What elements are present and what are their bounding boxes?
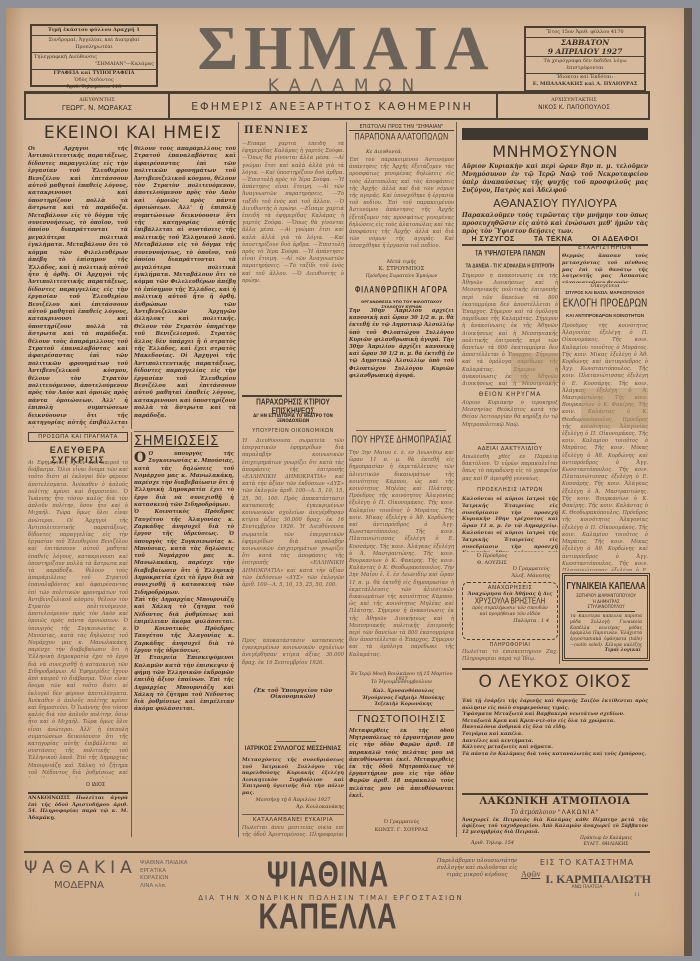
subheadline-eklogi: ΚΑΙ ΑΝΤΙΠΡΟΕΔΡΩΝ ΚΟΙΝΟΤΗΤΩΝ xyxy=(562,313,648,318)
issue-day: ΣΑΒΒΑΤΟΝ xyxy=(526,38,644,47)
paragraph: Τὴν 3ην Μαΐου ἐ. ἔ. ἐν Λεωνιδίῳ καὶ ὥραν… xyxy=(349,450,454,492)
list-item: Ὑφάσματα Μεταξωτὰ καὶ Βαμβακερὰ νεωτάτων… xyxy=(462,711,648,718)
paragraph: θέλουν τοὺς ἀπαράμιλλους τοῦ Στρατοῦ ἐπα… xyxy=(28,568,128,624)
issue-date: 9 ΑΠΡΙΛΙΟΥ 1927 xyxy=(526,47,644,57)
list-item: Τσιγάρια καὶ καπέλα. xyxy=(462,731,648,738)
article-eklogi: Πρόεδρος τῆς κοινότητος Ἀλαγονίας ἐξελέγ… xyxy=(562,323,648,571)
signer: Η ΣΥΖΥΓΟΣ xyxy=(472,236,515,243)
paragraph: Αἱ Ἐφημερίδες ἔχουν ἀπὸ καιροῦ τὸ διάβασ… xyxy=(28,460,128,524)
paragraph: Τὴν 30ὴν Ἀπριλίου ἀρχίζει κανονικὴ καὶ ὥ… xyxy=(349,337,454,379)
paragraph: Καλοῦνται οἱ κύριοι ἰατροὶ τῆς Ἰατρικῆς … xyxy=(462,496,558,529)
section-header: ΠΡΟΣΩΠΑ ΚΑΙ ΠΡΑΓΜΑΤΑ xyxy=(29,433,127,441)
paragraph: —Εἶπαμε χαρτιὰ ἑπειδὴ τὰ ἐφημερίδας Καλά… xyxy=(242,206,344,284)
paragraph: θέλουν τοὺς ἀπαράμιλλους τοῦ Στρατοῦ ἐπα… xyxy=(28,339,128,404)
column-rule xyxy=(559,244,560,664)
rule xyxy=(28,792,128,794)
ad-description: πρὸς συμπλήρωσιν τῶν σπουδῶν καὶ προμήθε… xyxy=(463,606,557,618)
president-label: Ὁ Πρόεδρος xyxy=(462,553,522,559)
ad-name: ΧΡΥΣΟΥΛΑ ΒΡΗΣΤΕΛΗ xyxy=(463,597,557,605)
ministry-label: ΥΠΟΥΡΓΕΙΟΝ ΟΙΚΟΝΟΜΙΚΩΝ xyxy=(242,428,344,434)
headline-epistolai: ΠΑΡΑΠΟΝΑ ΑΛΑΤΟΠΩΛΩΝ xyxy=(349,133,454,142)
column-rule xyxy=(456,122,457,837)
secretary-name: Ἀλεξ. Μάνεσης xyxy=(501,573,561,579)
paragraph: Ἐπὶ τῆς Δημαρχίας Μπουρνιάζη καὶ Χάλκη τ… xyxy=(134,597,234,625)
ad-kapella: ΓΥΝΑΙΚΕΙΑ ΚΑΠΕΛΛΑ ΣΩΤΗΡΙΟΥ ΔΙΑΜΑΝΤΟΠΟΥΛΟ… xyxy=(562,573,650,661)
statistics-source: (Ἐκ τοῦ Ὑπουργείου τῶν Οἰκονομικῶν) xyxy=(242,688,344,700)
article-katalamvanei: Πωλεῖται ἄνευ μεσιτείας οἰκία ἐπὶ τῆς ὁδ… xyxy=(242,825,344,837)
list-item: Τὰ πάντα ἐν Καλάμαις διὰ τοὺς καταναλωτὰ… xyxy=(462,751,648,758)
ad-shop-2: Ἡ ΔΗΜΗΤΡΑΣ ΣΤΥΛΙΑΝΟΠΟΥΛΟΥ xyxy=(577,599,635,612)
letter-signoff: Μετὰ τιμῆς xyxy=(349,259,454,265)
board-label: Τὸ Ἡγουμενοσυμβούλιον xyxy=(349,680,454,685)
agent-name: ΕΥΑΓΓ. ΘΗΛΙΑΚΗΣ xyxy=(566,842,646,847)
memorial-invite: Παρακαλοῦμεν τοὺς τιμῶντας τὴν μνήμην το… xyxy=(462,212,648,236)
tagline-row: ΔΙΕΥΘΥΝΤΗΣ ΓΕΩΡΓ. Ν. ΜΩΡΑΚΑΣ ΕΦΗΜΕΡΙΣ ΑΝ… xyxy=(24,94,650,120)
article-adeia: Ἀπωλέσθη χθὲς ἐν Παραλίᾳ δακτύλιον. Ὁ εὑ… xyxy=(462,454,558,482)
letter-signature: Κ. ΣΤΡΟΥΜΠΟΣ xyxy=(349,266,454,272)
family-name: ΣΠΥΡΟΣ ΚΑΙ ΒΑΣΙΛ. ΜΑΡΚΟΠΟΥΛΟΥ xyxy=(562,290,648,295)
secretary-label: Ὁ Γραμματεύς xyxy=(501,566,561,572)
list-item: ΕΡΓΑΤΙΚΑ xyxy=(140,868,205,876)
ad-store-name: Ι. ΚΑΡΜΠΑΛΙΩΤΗ xyxy=(545,872,651,886)
notice-label: ΑΝΑΚΟΙΝΩΣΙΣ xyxy=(28,795,70,801)
director-name: ΓΕΩΡΓ. Ν. ΜΩΡΑΚΑΣ xyxy=(26,104,168,112)
list-item: Ἐπὶ τῇ ἐνάρξει τῆς ἐαρινῆς καὶ θερινῆς Σ… xyxy=(462,698,648,711)
footer-number: 11 xyxy=(634,892,640,898)
article-gnostopoiisis: Μεταφερθεὶς ἐκ τῆς ὁδοῦ Μητροπόλεως τὸ ἐ… xyxy=(349,728,454,820)
paper-edge xyxy=(6,8,24,956)
column-rule xyxy=(131,144,132,429)
masthead-right-box: Ἔτος 15ον Ἀριθ. φύλλου 4170 ΣΑΒΒΑΤΟΝ 9 Α… xyxy=(524,26,646,92)
paragraph: Τὴν 30ὴν Ἀπριλίου ἀρχίζει κανονικὴ καὶ ὥ… xyxy=(349,308,454,343)
article-plirofories: Πωλεῖται τὸ ἐπισκεπτήριον Ζαχ. Πληροφορί… xyxy=(462,649,558,669)
ad-line: Ἀναχώρησα διὰ Ἀθήνας ἡ Δις xyxy=(463,591,557,597)
headline-adeia: ΑΔΕΙΑΙ ΔΑΚΤΥΛΙΔΙΟΥ xyxy=(462,446,558,452)
paragraph: Ἡ Διευθύνουσα σωματεῖα τῶν ἐπεργατικῶν ἐ… xyxy=(242,438,344,502)
agent-label: Πράκτωρ ἐν Καλάμαις xyxy=(566,836,646,841)
protasis-signature: Ο ΙΔΙΟΣ xyxy=(86,782,105,788)
masthead: ΣΗΜΑΙΑ ΚΑΛΑΜΩΝ xyxy=(156,18,536,96)
headline-mnimosynon: ΜΝΗΜΟΣΥΝΟΝ xyxy=(462,142,648,161)
ship-name: "ΛΑΚΩΝΙΑ" xyxy=(558,809,600,816)
headline-katalamvanei: ΚΑΤΑΛΑΜΒΑΝΕΙ ΕΥΚΑΙΡΙΑ xyxy=(242,817,344,823)
list-item: ΚΟΡΑΣΙΩΝ xyxy=(140,875,205,883)
telegraph-address: "ΣΗΜΑΙΑΝ"—Καλάμας xyxy=(34,61,154,68)
ad-anaxoriseis: ΑΝΑΧΩΡΗΣΕΙΣ Ἀναχώρησα διὰ Ἀθήνας ἡ Δις Χ… xyxy=(462,582,558,640)
ad-right-text: Παρελάβομεν πλουσιωτάτην συλλογὴν καὶ πω… xyxy=(432,858,522,879)
director-cell: ΔΙΕΥΘΥΝΤΗΣ ΓΕΩΡΓ. Ν. ΜΩΡΑΚΑΣ xyxy=(26,94,170,118)
headline-plirofories: ΠΛΗΡΟΦΟΡΙΑΙ xyxy=(462,642,558,648)
subheadline-paraxoreisi: ΔΙ' ΗΝ ΕΣΤΙΑΤΟΡΙΑ ΤΟ ΘΕΑΤΡΟ ΤΟΝ ΞΕΝΟΔΟΧΕ… xyxy=(242,413,344,423)
ad-text: Τὰ Καλύτερα καπέλλα παρίσια μόδα Συλλογὴ… xyxy=(565,614,647,648)
manuscripts-note: Τὰ χειρόγραφα δὲν ἐκδίδει λόγω ἐπιστρέφο… xyxy=(526,57,644,74)
editor-name: ΝΙΚΟΣ Κ. ΠΑΠΟΠΟΥΛΟΣ xyxy=(498,104,650,111)
article-mnimosynon: Αὔριον Κυριακὴν καὶ περὶ ὥραν 8ην π. μ. … xyxy=(462,163,648,196)
mourning-bar xyxy=(462,128,648,140)
article-pennies: —Εἶπαμε χαρτιὰ ἑπειδὴ τὰ ἐφημερίδας Καλά… xyxy=(242,141,344,366)
rule xyxy=(134,431,234,432)
headline-filanthropiki: ΦΙΛΑΝΘΡΩΠΙΚΗ ΑΓΟΡΑ xyxy=(349,286,454,295)
ad-product-list: ΨΙΑΘΙΝΑ ΠΑΙΔΙΚΑ ΕΡΓΑΤΙΚΑ ΚΟΡΑΣΙΩΝ ΛΙΝΑ κ… xyxy=(140,860,205,890)
article-simeioseis: Ο Ὁ ὑπουργὸς τῆς Συγκοινωνίας κ. Μπούσια… xyxy=(134,451,234,836)
rule xyxy=(462,793,648,795)
price-line: Τιμή ἑκάστου φύλλου Δραχμή 1 xyxy=(32,26,156,36)
headline-efxaristirion: ΕΥΧΑΡΙΣΤΗΡΙΟΝ xyxy=(562,244,648,251)
paragraph: Πρόεδρος τῆς κοινότητος Ἀλαγονίας ἐξελέγ… xyxy=(562,417,648,517)
paragraph: Ὁ Κοινοτικὸς Πρόεδρος Ταυγέτου τῆς Ἀλαγο… xyxy=(134,509,234,537)
newspaper-page: Τιμή ἑκάστου φύλλου Δραχμή 1 Συνδρομαί, … xyxy=(6,8,692,956)
article-pou-ektise: Τὴν 3ην Μαΐου ἐ. ἔ. ἐν Λεωνιδίῳ καὶ ὥραν… xyxy=(349,450,454,672)
offices-label: ΓΡΑΦΕΙΑ καὶ ΤΥΠΟΓΡΑΦΕΙΑ xyxy=(32,70,156,77)
article-theion: Αὔριον Κυριακὴν ὁ ἱεροκήρυξ Μεσσηνίας Θε… xyxy=(462,400,558,434)
list-item: Πανταλόνια ἀνδρικὰ εἰς ὅλα τὰ εἴδη. xyxy=(462,724,648,731)
headline-eklogi: ΕΚΛΟΓΗ ΠΡΟΕΔΡΩΝ xyxy=(562,298,648,311)
list-item: ΨΙΑΘΙΝΑ ΠΑΙΔΙΚΑ xyxy=(140,860,205,868)
paragraph: Ἐπὶ τοῦ παρακειμένου Ἀστυνόμου ἀπάντησις… xyxy=(349,200,454,249)
article-protasis: Αἱ Ἐφημερίδες ἔχουν ἀπὸ καιροῦ τὸ διάβασ… xyxy=(28,460,128,778)
paragraph: Οἱ Ἀρχηγοὶ τῆς Ἀντιπολιτευτικῆς παρατάξε… xyxy=(28,146,128,211)
paragraph: Μεταφερθεὶς ἐκ τῆς ὁδοῦ Μητροπόλεως τὸ ἐ… xyxy=(349,757,454,799)
paragraph: Ἐπὶ τοῦ παρακειμένου Ἀστυνόμου ἀπάντησις… xyxy=(349,157,454,206)
ship-label: Τὸ ἀτμόπλοιον xyxy=(511,809,556,816)
paragraph: Πρὸς ἀποκατάστασιν κατασκευῆς ἐγκεκριμέν… xyxy=(242,638,344,666)
article-ekeinoi-col2: θέλουν τοὺς ἀπαράμιλλους τοῦ Στρατοῦ ἐπα… xyxy=(134,146,236,428)
rule xyxy=(486,443,536,444)
list-item: Κάλτσες μεταξωτὲς καὶ νήματα. xyxy=(462,744,648,751)
letter-role: Πρόεδρος Σωματείου Ἐμπόρων xyxy=(349,274,454,279)
column-rule xyxy=(346,122,347,837)
headline-theion: ΘΕΙΟΝ ΚΗΡΥΓΜΑ xyxy=(462,391,558,398)
rule xyxy=(349,710,454,711)
article-prosklisis: Καλοῦνται οἱ κύριοι ἰατροὶ τῆς Ἰατρικῆς … xyxy=(462,496,558,552)
headline-iatrikos: ΙΑΤΡΙΚΟΣ ΣΥΛΛΟΓΟΣ ΜΕΣΣΗΝΙΑΣ xyxy=(242,746,344,752)
office-phone: Ἀριθ. Τηλεφώνου 118 xyxy=(32,84,156,91)
paragraph: Καλοῦνται οἱ κύριοι ἰατροὶ τῆς Ἰατρικῆς … xyxy=(462,530,558,552)
issue-number: Ἔτος 15ον Ἀριθ. φύλλου 4170 xyxy=(526,28,644,38)
signer: ΤΑ ΤΕΚΝΑ xyxy=(534,236,573,243)
gnostopoiisis-signature-label: Ὁ Γραμματεύς xyxy=(349,820,454,825)
gnostopoiisis-signature: ΚΩΝΣΤ. Γ. ΣΟΥΡΡΑΣ xyxy=(349,827,454,833)
paragraph: Ὁ ὑπουργὸς τῆς Συγκοινωνίας κ. Μπούσιας,… xyxy=(134,451,234,508)
headline-pou-ektise: ΠΟΥ ΗΡΥΣΕ ΔΗΜΟΠΡΑΣΙΑΣ xyxy=(349,434,454,446)
paragraph: Σήμερον ἡ ἀνακοίνωσις ἐκ τῆς Ἀθηνῶν Διοι… xyxy=(462,273,558,322)
ad-store-prefix: Αφῶν xyxy=(521,870,540,879)
rule xyxy=(276,741,316,742)
family-label: Οἰκογένεια xyxy=(562,283,648,289)
headline-ta-ypirika: ΤΑ ΥΨΗΛΟΤΕΡΑ ΠΑΝΩΝ xyxy=(462,250,558,258)
article-paraxoreisi: Ἡ Διευθύνουσα σωματεῖα τῶν ἐπεργατικῶν ἐ… xyxy=(242,438,344,600)
letter-salutation: Κε Διευθυντά, xyxy=(366,149,402,155)
headline-gnostopoiisis: ΓΝΩΣΤΟΠΟΙΗΣΙΣ xyxy=(349,714,454,725)
ad-store-location: ΑΝΩ ΠΛΑΤΕΙΑ xyxy=(526,885,648,890)
leykos-oikos-list: Ἐπὶ τῇ ἐνάρξει τῆς ἐαρινῆς καὶ θερινῆς Σ… xyxy=(462,698,648,776)
subheadline-ta-ypirika: ΤΑ ΔΑΝΕΙΑ - ΤΙ Κ' ΑΣΦΑΛΕΙΑ Η ΕΠΙΤΡΟΠΗ xyxy=(462,262,558,269)
binding-edge xyxy=(684,8,692,956)
article-ekeinoi-col1: Οἱ Ἀρχηγοὶ τῆς Ἀντιπολιτευτικῆς παρατάξε… xyxy=(28,146,128,428)
iatrikos-president: Ἀρ. Κουλοκανάκης xyxy=(242,804,344,810)
notice-anakoinosis: ΑΝΑΚΟΙΝΩΣΙΣ Πωλεῖται ἀγορὰ ἐπὶ τῆς ὁδοῦ … xyxy=(28,795,128,833)
paragraph: Ὁ Κοινοτικὸς Πρόεδρος Ταυγέτου τῆς Ἀλαγο… xyxy=(134,626,234,654)
paragraph: Πρόεδρος τῆς κοινότητος Ἀλαγονίας ἐξελέγ… xyxy=(349,493,454,571)
ad-store-label: ΕΙΣ ΤΟ ΚΑΤΑΣΤΗΜΑ xyxy=(526,858,648,867)
masthead-left-box: Τιμή ἑκάστου φύλλου Δραχμή 1 Συνδρομαί, … xyxy=(30,24,158,87)
signer: ΟΙ ΑΔΕΛΦΟΙ xyxy=(592,236,639,243)
article-statistics: Πρὸς ἀποκατάστασιν κατασκευῆς ἐγκεκριμέν… xyxy=(242,638,344,683)
column-rule xyxy=(238,122,239,837)
paragraph: Ἡ Διευθύνουσα σωματεῖα τῶν ἐπεργατικῶν ἐ… xyxy=(242,524,344,588)
subscriptions-line: Συνδρομαί, Ἀγγελίαι, καὶ Διατριβαὶ Προπλ… xyxy=(32,36,156,53)
headline-prosklisis: ΠΡΟΣΚΛΗΣΙΣ ΙΑΤΡΩΝ xyxy=(462,487,558,493)
article-filanthropiki: Τὴν 30ὴν Ἀπριλίου ἀρχίζει κανονικὴ καὶ ὥ… xyxy=(349,308,454,398)
footer-rule xyxy=(24,851,650,853)
section-header-box: ΠΡΟΣΩΠΑ ΚΑΙ ΠΡΑΓΜΑΤΑ xyxy=(28,432,128,442)
ship-line: Τὸ ἀτμόπλοιον "ΛΑΚΩΝΙΑ" xyxy=(462,809,648,816)
article-iatrikos: Μετασχόντες τῆς συνεδριάσεως τοῦ Ἰατρικο… xyxy=(242,757,344,797)
ad-shop-1: ΣΩΤΗΡΙΟΥ ΔΙΑΜΑΝΤΟΠΟΥΛΟΥ xyxy=(565,593,647,598)
ad-main-subtitle: ΔΙΑ ΤΗΝ ΧΟΝΔΡΙΚΗΝ ΠΩΛΗΣΙΝ ΤΙΜΑΙ ΕΡΓΟΣΤΑΣ… xyxy=(196,894,466,902)
paragraph: Οἱ Ἀρχηγοὶ τῆς Ἀντιπολιτευτικῆς παρατάξε… xyxy=(28,518,128,574)
paragraph: Οἱ Ἀρχηγοὶ τῆς Ἀντιπολιτευτικῆς παρατάξε… xyxy=(134,353,236,418)
paragraph: Ὁ ὑπουργὸς τῆς Συγκοινωνίας κ. Μπούσιας,… xyxy=(134,531,234,595)
ad-price: Τιμαὶ λογικαί xyxy=(565,648,647,653)
headline-simeioseis: ΣΗΜΕΙΩΣΕΙΣ xyxy=(134,434,234,449)
headline-lakoniki: ΛΑΚΩΝΙΚΗ ΑΤΜΟΠΛΟΙΑ xyxy=(462,796,648,807)
lakoniki-phone: Ἀριθ. Τηλεφ. 154 xyxy=(471,840,514,846)
article-epistolai: Ἐπὶ τοῦ παρακειμένου Ἀστυνόμου ἀπάντησις… xyxy=(349,157,454,255)
editor-cell: ΑΡΧΙΣΥΝΤΑΚΤΗΣ ΝΙΚΟΣ Κ. ΠΑΠΟΠΟΥΛΟΣ xyxy=(496,94,650,118)
office-street: Ὁδὸς Νεδόντος xyxy=(32,77,156,84)
headline-leykos-oikos: Ο ΛΕΥΚΟΣ ΟΙΚΟΣ xyxy=(462,672,648,692)
paragraph: Πρόεδρος τῆς κοινότητος Ἀλαγονίας ἐξελέγ… xyxy=(562,510,648,571)
paragraph: Αἱ Ἐφημερίδες ἔχουν ἀπὸ καιροῦ τὸ διάβασ… xyxy=(28,669,128,733)
paragraph: —Εἶπαμε χαρτιὰ ἑπειδὴ τὰ ἐφημερίδας Καλά… xyxy=(242,141,344,212)
telegraph-label: Τηλεγραφικὴ Διεύθυνσις xyxy=(34,54,154,61)
deceased-name: ΑΘΑΝΑΣΙΟΥ ΠΥΛΙΟΥΡΑ xyxy=(462,197,648,210)
director-label: ΔΙΕΥΘΥΝΤΗΣ xyxy=(26,97,168,104)
paper-stain xyxy=(511,353,561,383)
paragraph: θέλουν τοὺς ἀπαράμιλλους τοῦ Στρατοῦ ἐπα… xyxy=(134,146,236,211)
board-names: Καλ. Χρυσανθόπουλος Ἡγούμενος Γαβριὴλ Μπ… xyxy=(361,688,446,710)
paper-stain xyxy=(581,388,648,428)
letters-header: ΕΠΙΣΤΟΛΑΙ ΠΡΟΣ ΤΗΝ "ΣΗΜΑΙΑΝ" xyxy=(349,124,454,131)
rule xyxy=(356,430,446,431)
rule xyxy=(242,395,342,397)
headline-pennies: ΠΕΝΝΙΕΣ xyxy=(244,125,314,136)
newspaper-title: ΣΗΜΑΙΑ xyxy=(156,18,536,80)
owners-names: Ε. ΜΠΑΛΑΚΑΚΗΣ καὶ Α. ΠΥΛΙΟΥΡΑΣ xyxy=(526,81,644,88)
tagline: ΕΦΗΜΕΡΙΣ ΑΝΕΞΑΡΤΗΤΟΣ ΚΑΘΗΜΕΡΙΝΗ xyxy=(172,100,492,113)
list-item: ΛΙΝΑ κλπ. xyxy=(140,883,205,891)
iatrikos-date: Μεσσήνῃ τῇ 6 Ἀπριλίου 1927 xyxy=(242,797,344,803)
paragraph: Οἱ Ἀρχηγοὶ τῆς Ἀντιπολιτευτικῆς παρατάξε… xyxy=(28,272,128,337)
ad-price: Παλύρτα . 1 4 xyxy=(463,618,557,624)
rule xyxy=(242,814,344,815)
ad-psathakia-title: ΨΑΘΑΚΙΑ xyxy=(24,858,134,878)
column-rule xyxy=(131,432,132,837)
rule xyxy=(526,694,586,695)
ad-psathakia-subtitle: ΜΟΔΕΡΝΑ xyxy=(24,880,134,891)
headline-ekeinoi: ΕΚΕΙΝΟΙ ΚΑΙ ΗΜΕΙΣ xyxy=(28,123,238,143)
rule xyxy=(486,388,536,389)
article-efxaristirion: Θερμῶς ἅπασαν τοὺς μετασχόντας τοῦ πένθο… xyxy=(562,253,648,283)
ad-title: ΓΥΝΑΙΚΕΙΑ ΚΑΠΕΛΛΑ xyxy=(565,580,647,592)
rule xyxy=(462,668,648,670)
owners-label: Ἰδιοκται καὶ Ἐκδόται: xyxy=(526,74,644,81)
paragraph: Ὁ ὑπουργὸς τῆς Συγκοινωνίας κ. Μπούσιας,… xyxy=(28,618,128,674)
editor-label: ΑΡΧΙΣΥΝΤΑΚΤΗΣ xyxy=(498,97,650,104)
paragraph: Σήμερον ἡ ἀνακοίνωσις ἐκ τῆς Ἀθηνῶν Διοι… xyxy=(349,608,454,657)
